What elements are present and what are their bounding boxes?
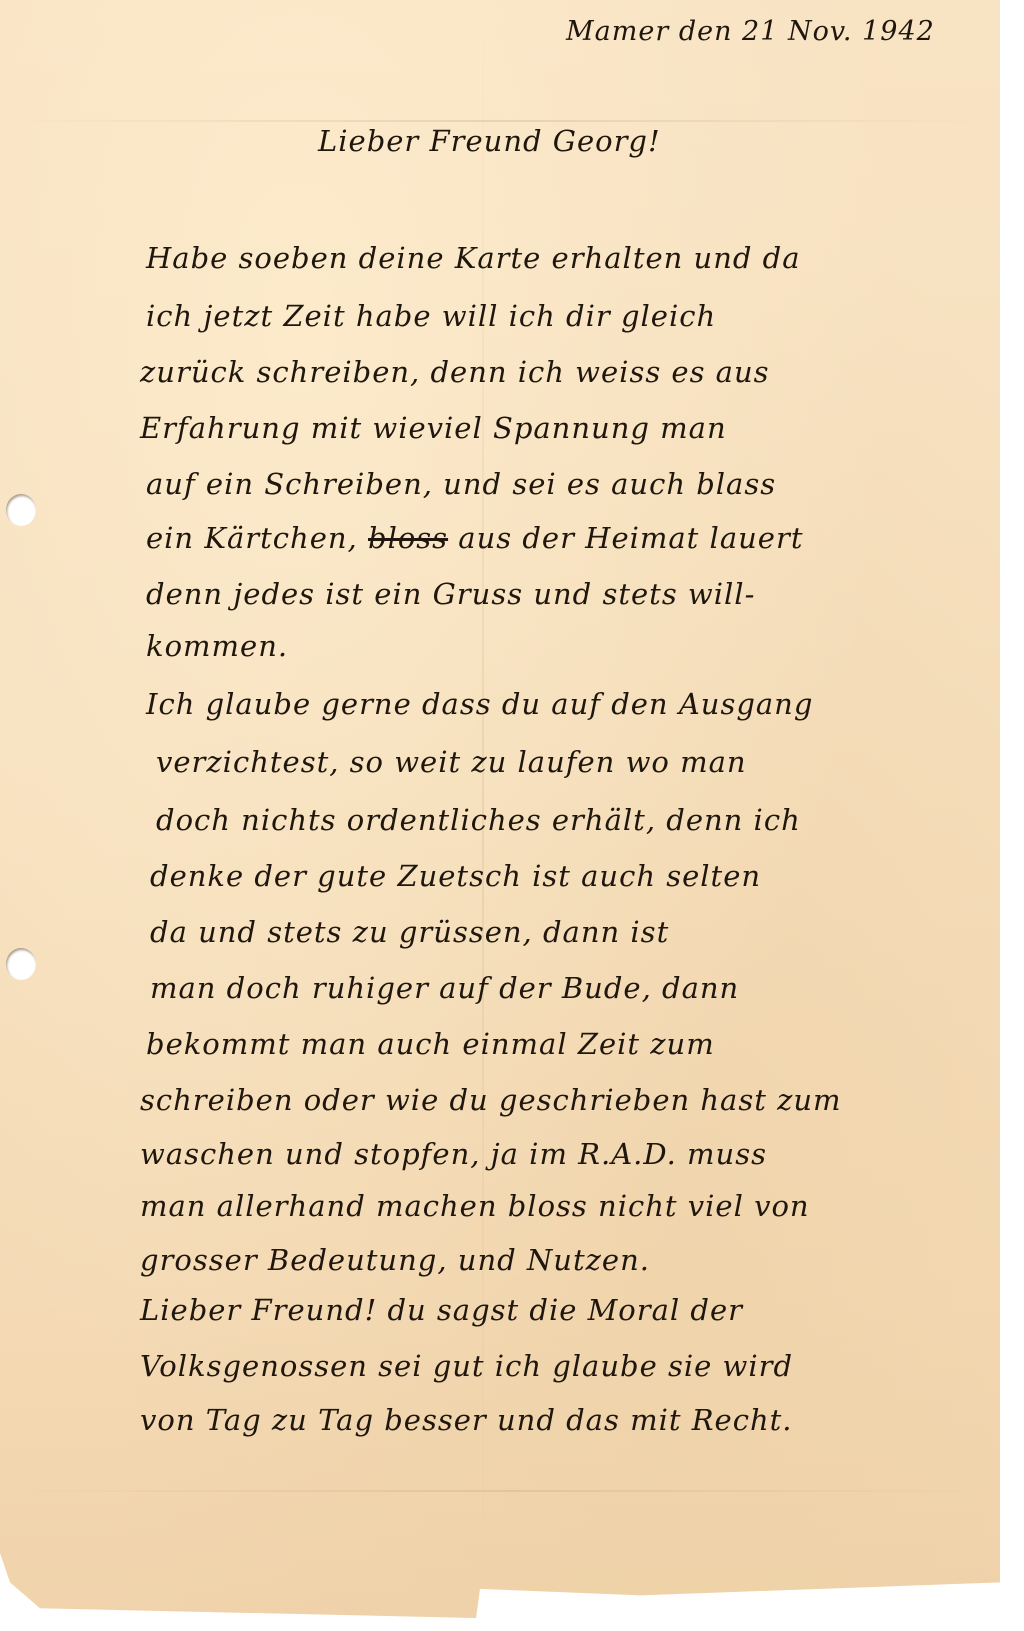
letter-line: denke der gute Zuetsch ist auch selten [150,856,761,900]
line-text: ein Kärtchen, [146,521,368,555]
letter-line: Ich glaube gerne dass du auf den Ausgang [146,684,813,728]
letter-line: doch nichts ordentliches erhält, denn ic… [156,800,801,844]
letter-line: Erfahrung mit wieviel Spannung man [140,408,727,452]
letter-line: waschen und stopfen, ja im R.A.D. muss [140,1134,767,1178]
letter-line: Lieber Freund! du sagst die Moral der [140,1290,743,1334]
letter-line: von Tag zu Tag besser und das mit Recht. [140,1400,793,1444]
punch-hole-upper [6,494,36,526]
letter-line: ich jetzt Zeit habe will ich dir gleich [146,296,716,340]
letter-line: Volksgenossen sei gut ich glaube sie wir… [140,1346,793,1390]
place-date: Mamer den 21 Nov. 1942 [566,16,935,47]
salutation: Lieber Freund Georg! [318,124,661,158]
letter-line: bekommt man auch einmal Zeit zum [146,1024,715,1068]
letter-line: da und stets zu grüssen, dann ist [150,912,669,956]
letter-line: grosser Bedeutung, und Nutzen. [140,1240,650,1284]
letter-line: Habe soeben deine Karte erhalten und da [146,238,801,282]
line-text: aus der Heimat lauert [448,521,803,555]
struck-word: bloss [368,521,448,555]
paper-crease [0,120,1000,122]
letter-line: verzichtest, so weit zu laufen wo man [156,742,747,786]
letter-line: ein Kärtchen, bloss aus der Heimat lauer… [146,518,803,562]
letter-line: denn jedes ist ein Gruss und stets will- [146,574,755,618]
letter-line: man doch ruhiger auf der Bude, dann [150,968,739,1012]
letter-line: zurück schreiben, denn ich weiss es aus [140,352,770,396]
paper-crease [0,1490,1000,1492]
letter-line: kommen. [146,626,288,670]
letter-paper: Mamer den 21 Nov. 1942 Lieber Freund Geo… [0,0,1000,1618]
letter-line: man allerhand machen bloss nicht viel vo… [140,1186,810,1230]
letter-line: schreiben oder wie du geschrieben hast z… [140,1080,842,1124]
letter-line: auf ein Schreiben, und sei es auch blass [146,464,776,508]
punch-hole-lower [6,948,36,980]
